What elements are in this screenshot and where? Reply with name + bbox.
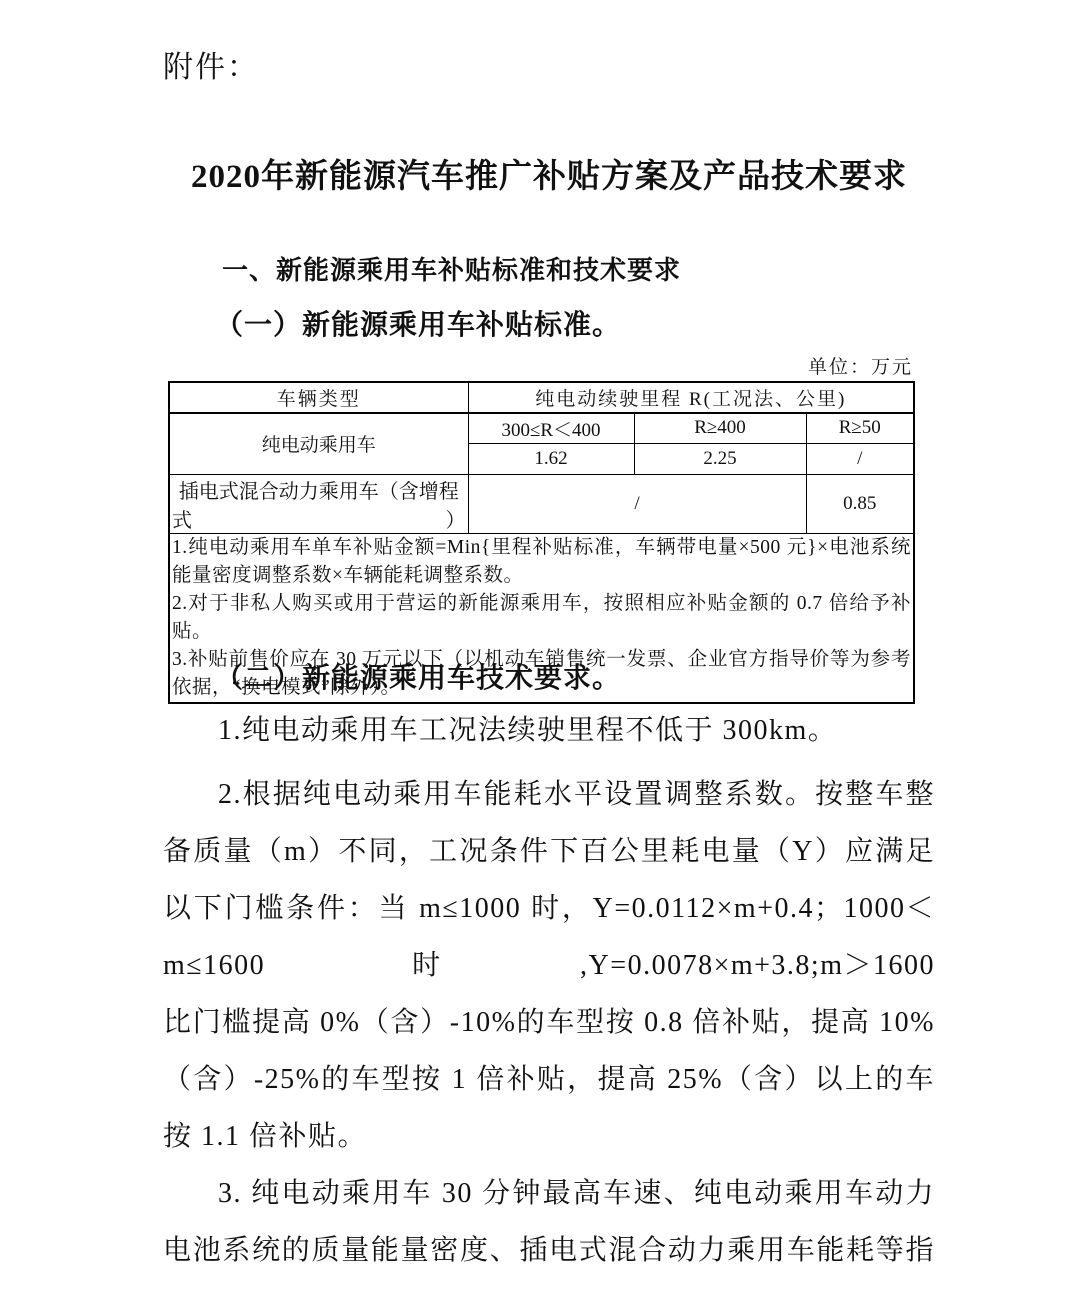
range-header-cell: 纯电动续驶里程 R(工况法、公里) xyxy=(468,382,914,413)
phev-merged-value-cell: / xyxy=(468,474,806,533)
paragraph-line: 备质量（m）不同，工况条件下百公里耗电量（Y）应满足 xyxy=(163,823,935,880)
range-bin-cell: 300≤R＜400 xyxy=(468,413,634,443)
paragraph-line: m≤1600 时,Y=0.0078×m+3.8;m＞1600 时,Y=0.004… xyxy=(163,937,935,994)
paragraph-line: 1.纯电动乘用车工况法续驶里程不低于 300km。 xyxy=(163,702,935,759)
subsection-1-1-heading: （一）新能源乘用车补贴标准。 xyxy=(215,303,621,343)
range-bins-row: 纯电动乘用车 300≤R＜400 R≥400 R≥50 xyxy=(169,413,914,443)
paragraph-line: 按 1.1 倍补贴。 xyxy=(163,1108,935,1165)
bev-value-cell: 1.62 xyxy=(468,443,634,474)
paragraph-line: 电池系统的质量能量密度、插电式混合动力乘用车能耗等指 xyxy=(163,1222,935,1279)
tech-paragraph-1: 1.纯电动乘用车工况法续驶里程不低于 300km。 xyxy=(163,702,935,759)
paragraph-line: 3. 纯电动乘用车 30 分钟最高车速、纯电动乘用车动力 xyxy=(163,1165,935,1222)
paragraph-line: 2.根据纯电动乘用车能耗水平设置调整系数。按整车整 xyxy=(163,766,935,823)
tech-paragraph-3: 3. 纯电动乘用车 30 分钟最高车速、纯电动乘用车动力 电池系统的质量能量密度… xyxy=(163,1165,935,1279)
subsection-1-2-heading: （二）新能源乘用车技术要求。 xyxy=(215,656,621,696)
attachment-label: 附件： xyxy=(163,42,259,86)
bev-value-cell: / xyxy=(806,443,914,474)
table-note: 2.对于非私人购买或用于营运的新能源乘用车，按照相应补贴金额的 0.7 倍给予补… xyxy=(172,590,911,646)
section-1-heading: 一、新能源乘用车补贴标准和技术要求 xyxy=(222,250,681,287)
paragraph-line: 比门槛提高 0%（含）-10%的车型按 0.8 倍补贴，提高 10% xyxy=(163,994,935,1051)
table-header-row: 车辆类型 纯电动续驶里程 R(工况法、公里) xyxy=(169,382,914,413)
phev-row: 插电式混合动力乘用车（含增程式） / 0.85 xyxy=(169,474,914,533)
paragraph-line: 以下门槛条件：当 m≤1000 时，Y=0.0112×m+0.4；1000＜ xyxy=(163,880,935,937)
document-title: 2020年新能源汽车推广补贴方案及产品技术要求 xyxy=(163,150,935,197)
document-page: 附件： 2020年新能源汽车推广补贴方案及产品技术要求 一、新能源乘用车补贴标准… xyxy=(0,0,1080,1308)
bev-row-label-cell: 纯电动乘用车 xyxy=(169,413,468,474)
table-unit-label: 单位：万元 xyxy=(808,352,913,379)
bev-value-cell: 2.25 xyxy=(634,443,806,474)
vehicle-type-header-cell: 车辆类型 xyxy=(169,382,468,413)
phev-row-label-cell: 插电式混合动力乘用车（含增程式） xyxy=(169,474,468,533)
tech-paragraph-2: 2.根据纯电动乘用车能耗水平设置调整系数。按整车整 备质量（m）不同，工况条件下… xyxy=(163,766,935,1165)
range-bin-cell: R≥400 xyxy=(634,413,806,443)
paragraph-line: （含）-25%的车型按 1 倍补贴，提高 25%（含）以上的车型 xyxy=(163,1051,935,1108)
range-bin-cell: R≥50 xyxy=(806,413,914,443)
table-note: 1.纯电动乘用车单车补贴金额=Min{里程补贴标准，车辆带电量×500 元}×电… xyxy=(172,534,911,590)
phev-value-cell: 0.85 xyxy=(806,474,914,533)
